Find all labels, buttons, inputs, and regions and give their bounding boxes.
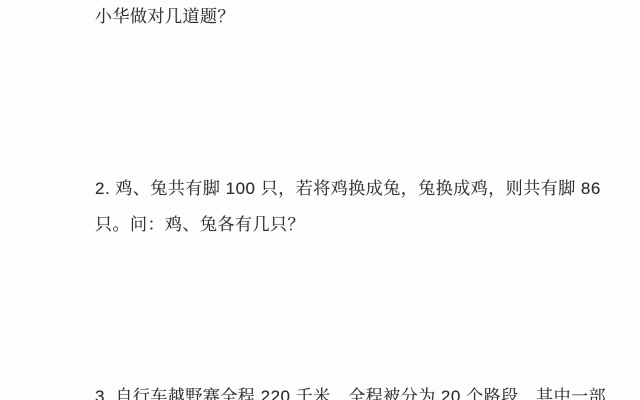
problem1-question-line: 小华做对几道题？ <box>95 7 235 26</box>
worksheet-page: 小华做对几道题？ 2. 鸡、兔共有脚 100 只，若将鸡换成兔，兔换成鸡，则共有… <box>0 0 640 400</box>
problem3-text-line1: 3. 自行车越野赛全程 220 千米，全程被分为 20 个路段，其中一部 <box>95 387 606 400</box>
problem2-text-line2: 只。问：鸡、兔各有几只？ <box>95 215 305 234</box>
problem2-text-line1: 2. 鸡、兔共有脚 100 只，若将鸡换成兔，兔换成鸡，则共有脚 86 <box>95 179 601 198</box>
